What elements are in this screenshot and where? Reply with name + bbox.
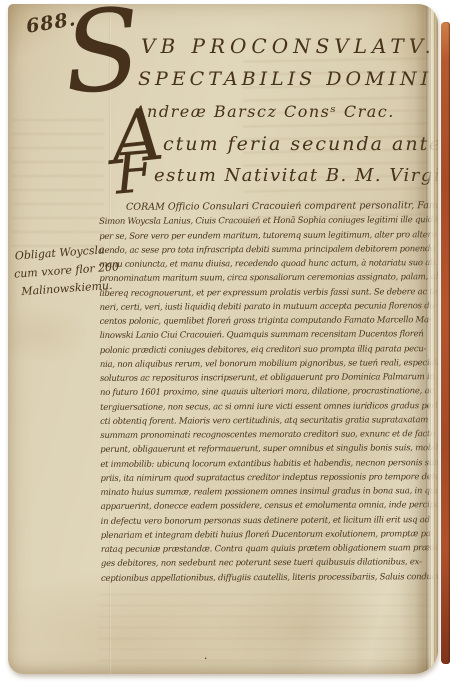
heading-line-actum-feria: ctum feria secunda ante	[163, 133, 438, 155]
body-line: tergiuersatione, non secus, ac si omni i…	[100, 399, 438, 415]
body-line: ceptionibus appellationibus, diffugiis c…	[101, 570, 438, 586]
body-line: libereq recognouerunt, et per expressum …	[99, 285, 438, 301]
verso-showthrough-left-margin	[12, 119, 104, 259]
page-edge-line	[426, 4, 427, 674]
book-cover-edge	[441, 22, 450, 664]
photo-background: 688. S VB PROCONSVLATV. SPECTABILIS DOMI…	[0, 0, 450, 686]
body-line: no futuro 1601 proximo, sine quauis ulte…	[100, 384, 438, 400]
heading-line-spectabilis-domini: SPECTABILIS DOMINI	[138, 68, 432, 90]
heading-drop-cap-f: F	[113, 144, 157, 203]
body-line: et immobilib: ubicunq locorum extantibus…	[100, 456, 438, 472]
page-curve-shading	[400, 4, 438, 674]
heading-line-andreae-barscz: Andreæ Barscz Consˢ Crac.	[134, 102, 395, 121]
page-edge-line	[434, 4, 435, 674]
verso-showthrough-bottom	[98, 594, 433, 664]
heading-line-sub-proconsulatu: VB PROCONSVLATV.	[141, 34, 436, 58]
body-line: ges debitores, non sedebunt nec poterunt…	[101, 555, 438, 571]
body-line: apparuerint, donecce eadem possidere, ce…	[101, 498, 438, 514]
body-line: Simon Woycsla Lanius, Ciuis Cracouień et…	[99, 213, 438, 229]
heading-line-festum-nativitat: estum Nativitat B. M. Virginis	[154, 165, 438, 186]
body-line: per se, Sore vero per eundem maritum, tu…	[99, 228, 438, 244]
page-edge-line	[430, 4, 431, 674]
body-line: perunt, obligauerunt et reformauerunt, s…	[100, 441, 438, 457]
manuscript-page: 688. S VB PROCONSVLATV. SPECTABILIS DOMI…	[8, 4, 438, 674]
body-line: polonic prædicti coniuges debitores, eiq…	[100, 342, 438, 358]
body-line: linowski Lanio Ciui Cracouień. Quamquis …	[100, 327, 438, 343]
body-line: in defectu vero bonorum personas suas de…	[101, 513, 438, 529]
stray-ink-mark: ·	[204, 652, 208, 665]
body-line: pronominatum maritum suum, circa sponsal…	[99, 270, 438, 286]
body-text: CORAM Officio Consulari Cracouień compar…	[99, 199, 438, 586]
